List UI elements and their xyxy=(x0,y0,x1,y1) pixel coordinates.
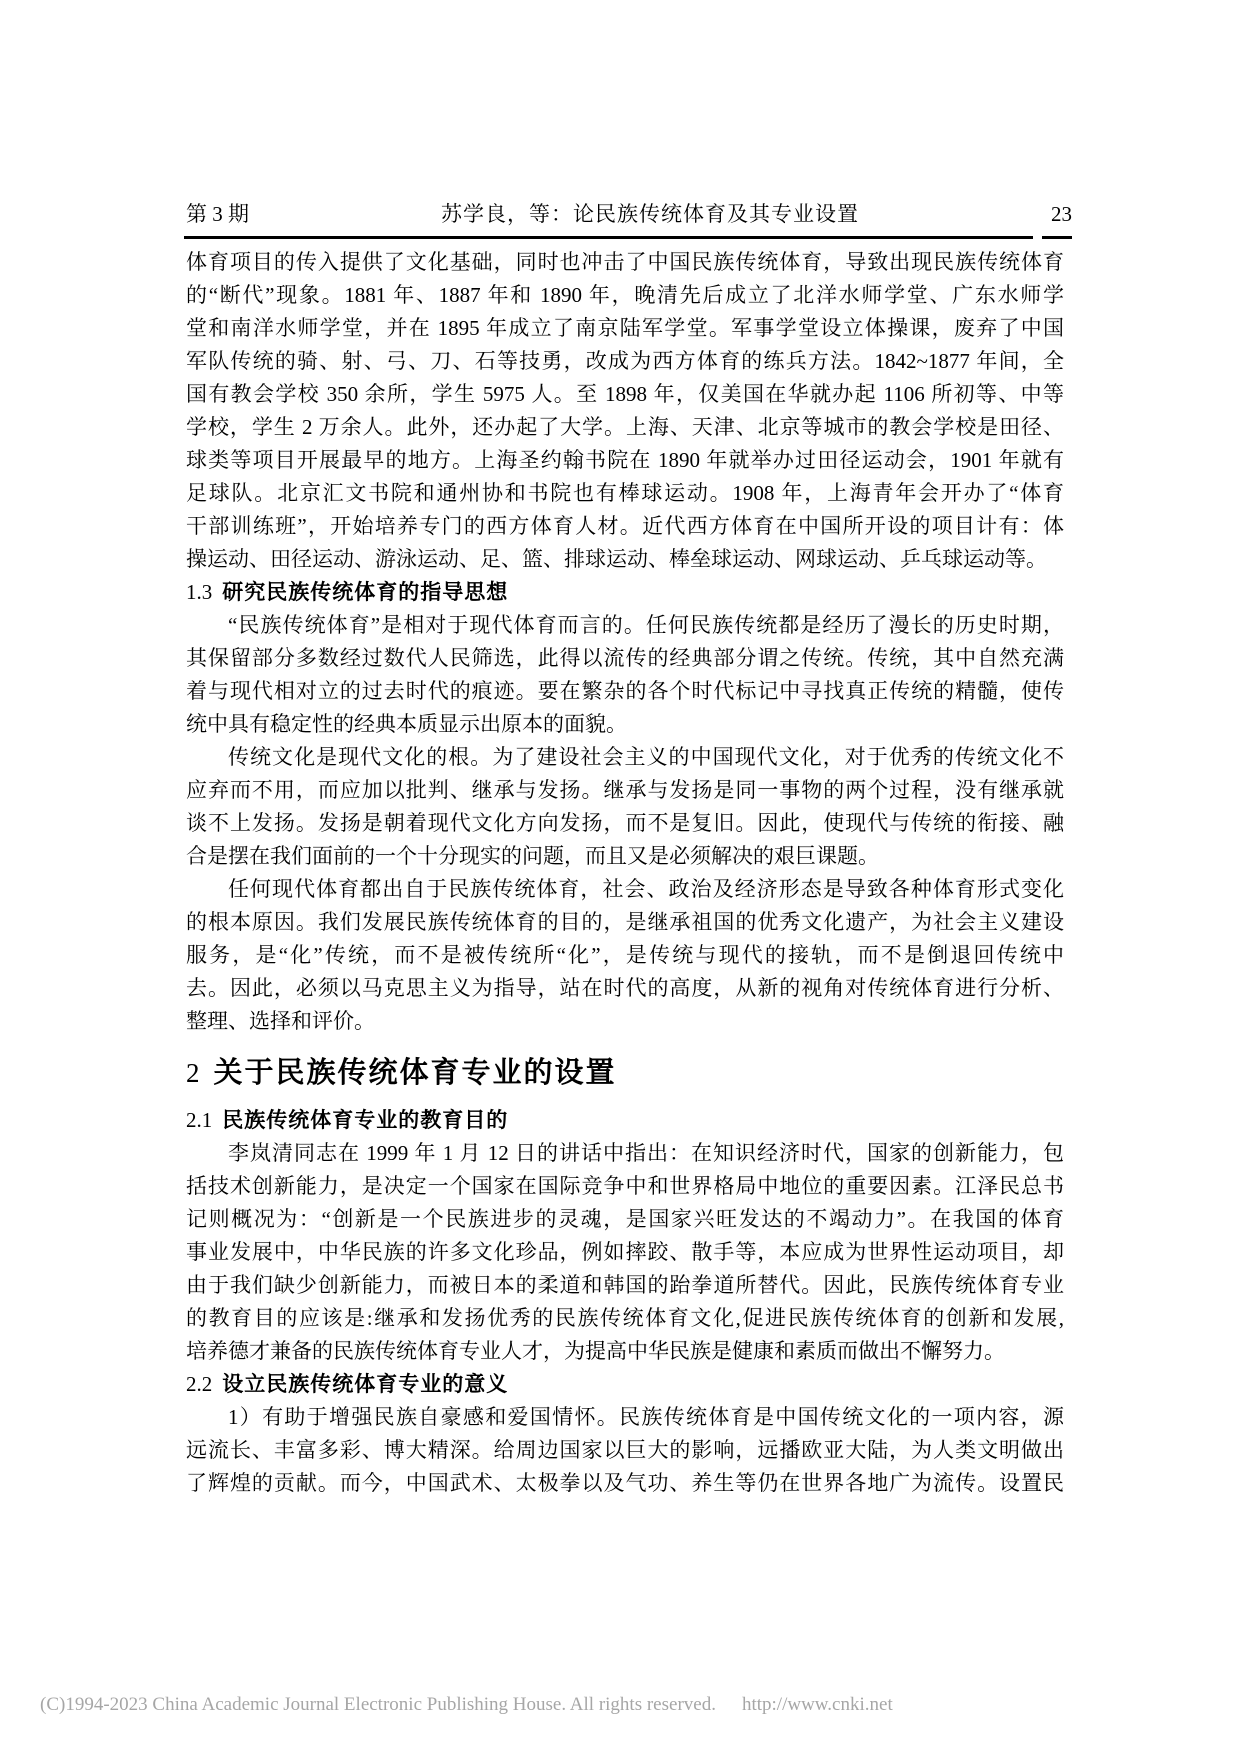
section-heading-2: 2关于民族传统体育专业的设置 xyxy=(186,1051,1064,1093)
section-heading-2.1: 2.1民族传统体育专业的教育目的 xyxy=(186,1104,1064,1137)
header-issue-label: 第 3 期 xyxy=(186,201,249,227)
paragraph: 李岚清同志在 1999 年 1 月 12 日的讲话中指出：在知识经济时代，国家的… xyxy=(186,1137,1064,1368)
footer-copyright: (C)1994-2023 China Academic Journal Elec… xyxy=(40,1694,716,1715)
header-page-number: 23 xyxy=(1051,201,1072,227)
text-line: 由于我们缺少创新能力，而被日本的柔道和韩国的跆拳道所替代。因此，民族传统体育专业 xyxy=(186,1269,1064,1302)
section-heading-2.2: 2.2设立民族传统体育专业的意义 xyxy=(186,1368,1064,1401)
article-body: 体育项目的传入提供了文化基础，同时也冲击了中国民族传统体育，导致出现民族传统体育… xyxy=(186,246,1064,1500)
text-line: 堂和南洋水师学堂，并在 1895 年成立了南京陆军学堂。军事学堂设立体操课，废弃… xyxy=(186,312,1064,345)
text-line: 的根本原因。我们发展民族传统体育的目的，是继承祖国的优秀文化遗产，为社会主义建设 xyxy=(186,906,1064,939)
header-running-title: 苏学良，等：论民族传统体育及其专业设置 xyxy=(249,201,1051,227)
paragraph: 1）有助于增强民族自豪感和爱国情怀。民族传统体育是中国传统文化的一项内容，源远流… xyxy=(186,1401,1064,1500)
heading-number: 2 xyxy=(186,1058,200,1088)
text-line: 军队传统的骑、射、弓、刀、石等技勇，改成为西方体育的练兵方法。1842~1877… xyxy=(186,345,1064,378)
paragraph: 任何现代体育都出自于民族传统体育，社会、政治及经济形态是导致各种体育形式变化的根… xyxy=(186,873,1064,1038)
heading-text: 关于民族传统体育专业的设置 xyxy=(214,1055,617,1089)
text-line: 的“断代”现象。1881 年、1887 年和 1890 年，晚清先后成立了北洋水… xyxy=(186,279,1064,312)
page-footer: (C)1994-2023 China Academic Journal Elec… xyxy=(40,1693,1200,1717)
text-line: 其保留部分多数经过数代人民筛选，此得以流传的经典部分谓之传统。传统，其中自然充满 xyxy=(186,642,1064,675)
text-line: 记则概况为：“创新是一个民族进步的灵魂，是国家兴旺发达的不竭动力”。在我国的体育 xyxy=(186,1203,1064,1236)
text-line: 合是摆在我们面前的一个十分现实的问题，而且又是必须解决的艰巨课题。 xyxy=(186,840,1064,873)
text-line: 应弃而不用，而应加以批判、继承与发扬。继承与发扬是同一事物的两个过程，没有继承就 xyxy=(186,774,1064,807)
text-line: 括技术创新能力，是决定一个国家在国际竞争中和世界格局中地位的重要因素。江泽民总书 xyxy=(186,1170,1064,1203)
text-line: 服务，是“化”传统，而不是被传统所“化”，是传统与现代的接轨，而不是倒退回传统中 xyxy=(186,939,1064,972)
heading-number: 2.1 xyxy=(186,1108,212,1132)
text-line: 李岚清同志在 1999 年 1 月 12 日的讲话中指出：在知识经济时代，国家的… xyxy=(186,1137,1064,1170)
header-rule-main xyxy=(184,236,1033,239)
page-header: 第 3 期 苏学良，等：论民族传统体育及其专业设置 23 xyxy=(186,201,1072,227)
text-line: 国有教会学校 350 余所，学生 5975 人。至 1898 年，仅美国在华就办… xyxy=(186,378,1064,411)
journal-page: 第 3 期 苏学良，等：论民族传统体育及其专业设置 23 体育项目的传入提供了文… xyxy=(0,0,1240,1755)
text-line: 体育项目的传入提供了文化基础，同时也冲击了中国民族传统体育，导致出现民族传统体育 xyxy=(186,246,1064,279)
heading-text: 研究民族传统体育的指导思想 xyxy=(222,580,508,604)
text-line: 学校，学生 2 万余人。此外，还办起了大学。上海、天津、北京等城市的教会学校是田… xyxy=(186,411,1064,444)
heading-text: 设立民族传统体育专业的意义 xyxy=(222,1372,508,1396)
heading-text: 民族传统体育专业的教育目的 xyxy=(222,1108,508,1132)
text-line: 了辉煌的贡献。而今，中国武术、太极拳以及气功、养生等仍在世界各地广为流传。设置民 xyxy=(186,1467,1064,1500)
text-line: “民族传统体育”是相对于现代体育而言的。任何民族传统都是经历了漫长的历史时期， xyxy=(186,609,1064,642)
text-line: 远流长、丰富多彩、博大精深。给周边国家以巨大的影响，远播欧亚大陆，为人类文明做出 xyxy=(186,1434,1064,1467)
text-line: 去。因此，必须以马克思主义为指导，站在时代的高度，从新的视角对传统体育进行分析、 xyxy=(186,972,1064,1005)
paragraph: “民族传统体育”是相对于现代体育而言的。任何民族传统都是经历了漫长的历史时期，其… xyxy=(186,609,1064,741)
text-line: 1）有助于增强民族自豪感和爱国情怀。民族传统体育是中国传统文化的一项内容，源 xyxy=(186,1401,1064,1434)
text-line: 操运动、田径运动、游泳运动、足、篮、排球运动、棒垒球运动、网球运动、乒乓球运动等… xyxy=(186,543,1064,576)
text-line: 传统文化是现代文化的根。为了建设社会主义的中国现代文化，对于优秀的传统文化不 xyxy=(186,741,1064,774)
paragraph: 体育项目的传入提供了文化基础，同时也冲击了中国民族传统体育，导致出现民族传统体育… xyxy=(186,246,1064,576)
text-line: 事业发展中，中华民族的许多文化珍品，例如摔跤、散手等，本应成为世界性运动项目，却 xyxy=(186,1236,1064,1269)
text-line: 足球队。北京汇文书院和通州协和书院也有棒球运动。1908 年，上海青年会开办了“… xyxy=(186,477,1064,510)
text-line: 干部训练班”，开始培养专门的西方体育人材。近代西方体育在中国所开设的项目计有：体 xyxy=(186,510,1064,543)
text-line: 任何现代体育都出自于民族传统体育，社会、政治及经济形态是导致各种体育形式变化 xyxy=(186,873,1064,906)
text-line: 球类等项目开展最早的地方。上海圣约翰书院在 1890 年就举办过田径运动会，19… xyxy=(186,444,1064,477)
footer-url: http://www.cnki.net xyxy=(742,1694,893,1715)
text-line: 整理、选择和评价。 xyxy=(186,1005,1064,1038)
text-line: 谈不上发扬。发扬是朝着现代文化方向发扬，而不是复旧。因此，使现代与传统的衔接、融 xyxy=(186,807,1064,840)
heading-number: 1.3 xyxy=(186,580,212,604)
heading-number: 2.2 xyxy=(186,1372,212,1396)
text-line: 统中具有稳定性的经典本质显示出原本的面貌。 xyxy=(186,708,1064,741)
text-line: 培养德才兼备的民族传统体育专业人才，为提高中华民族是健康和素质而做出不懈努力。 xyxy=(186,1335,1064,1368)
paragraph: 传统文化是现代文化的根。为了建设社会主义的中国现代文化，对于优秀的传统文化不应弃… xyxy=(186,741,1064,873)
header-rule-page-number-segment xyxy=(1042,236,1072,239)
text-line: 着与现代相对立的过去时代的痕迹。要在繁杂的各个时代标记中寻找真正传统的精髓，使传 xyxy=(186,675,1064,708)
text-line: 的教育目的应该是:继承和发扬优秀的民族传统体育文化,促进民族传统体育的创新和发展… xyxy=(186,1302,1064,1335)
section-heading-1.3: 1.3研究民族传统体育的指导思想 xyxy=(186,576,1064,609)
